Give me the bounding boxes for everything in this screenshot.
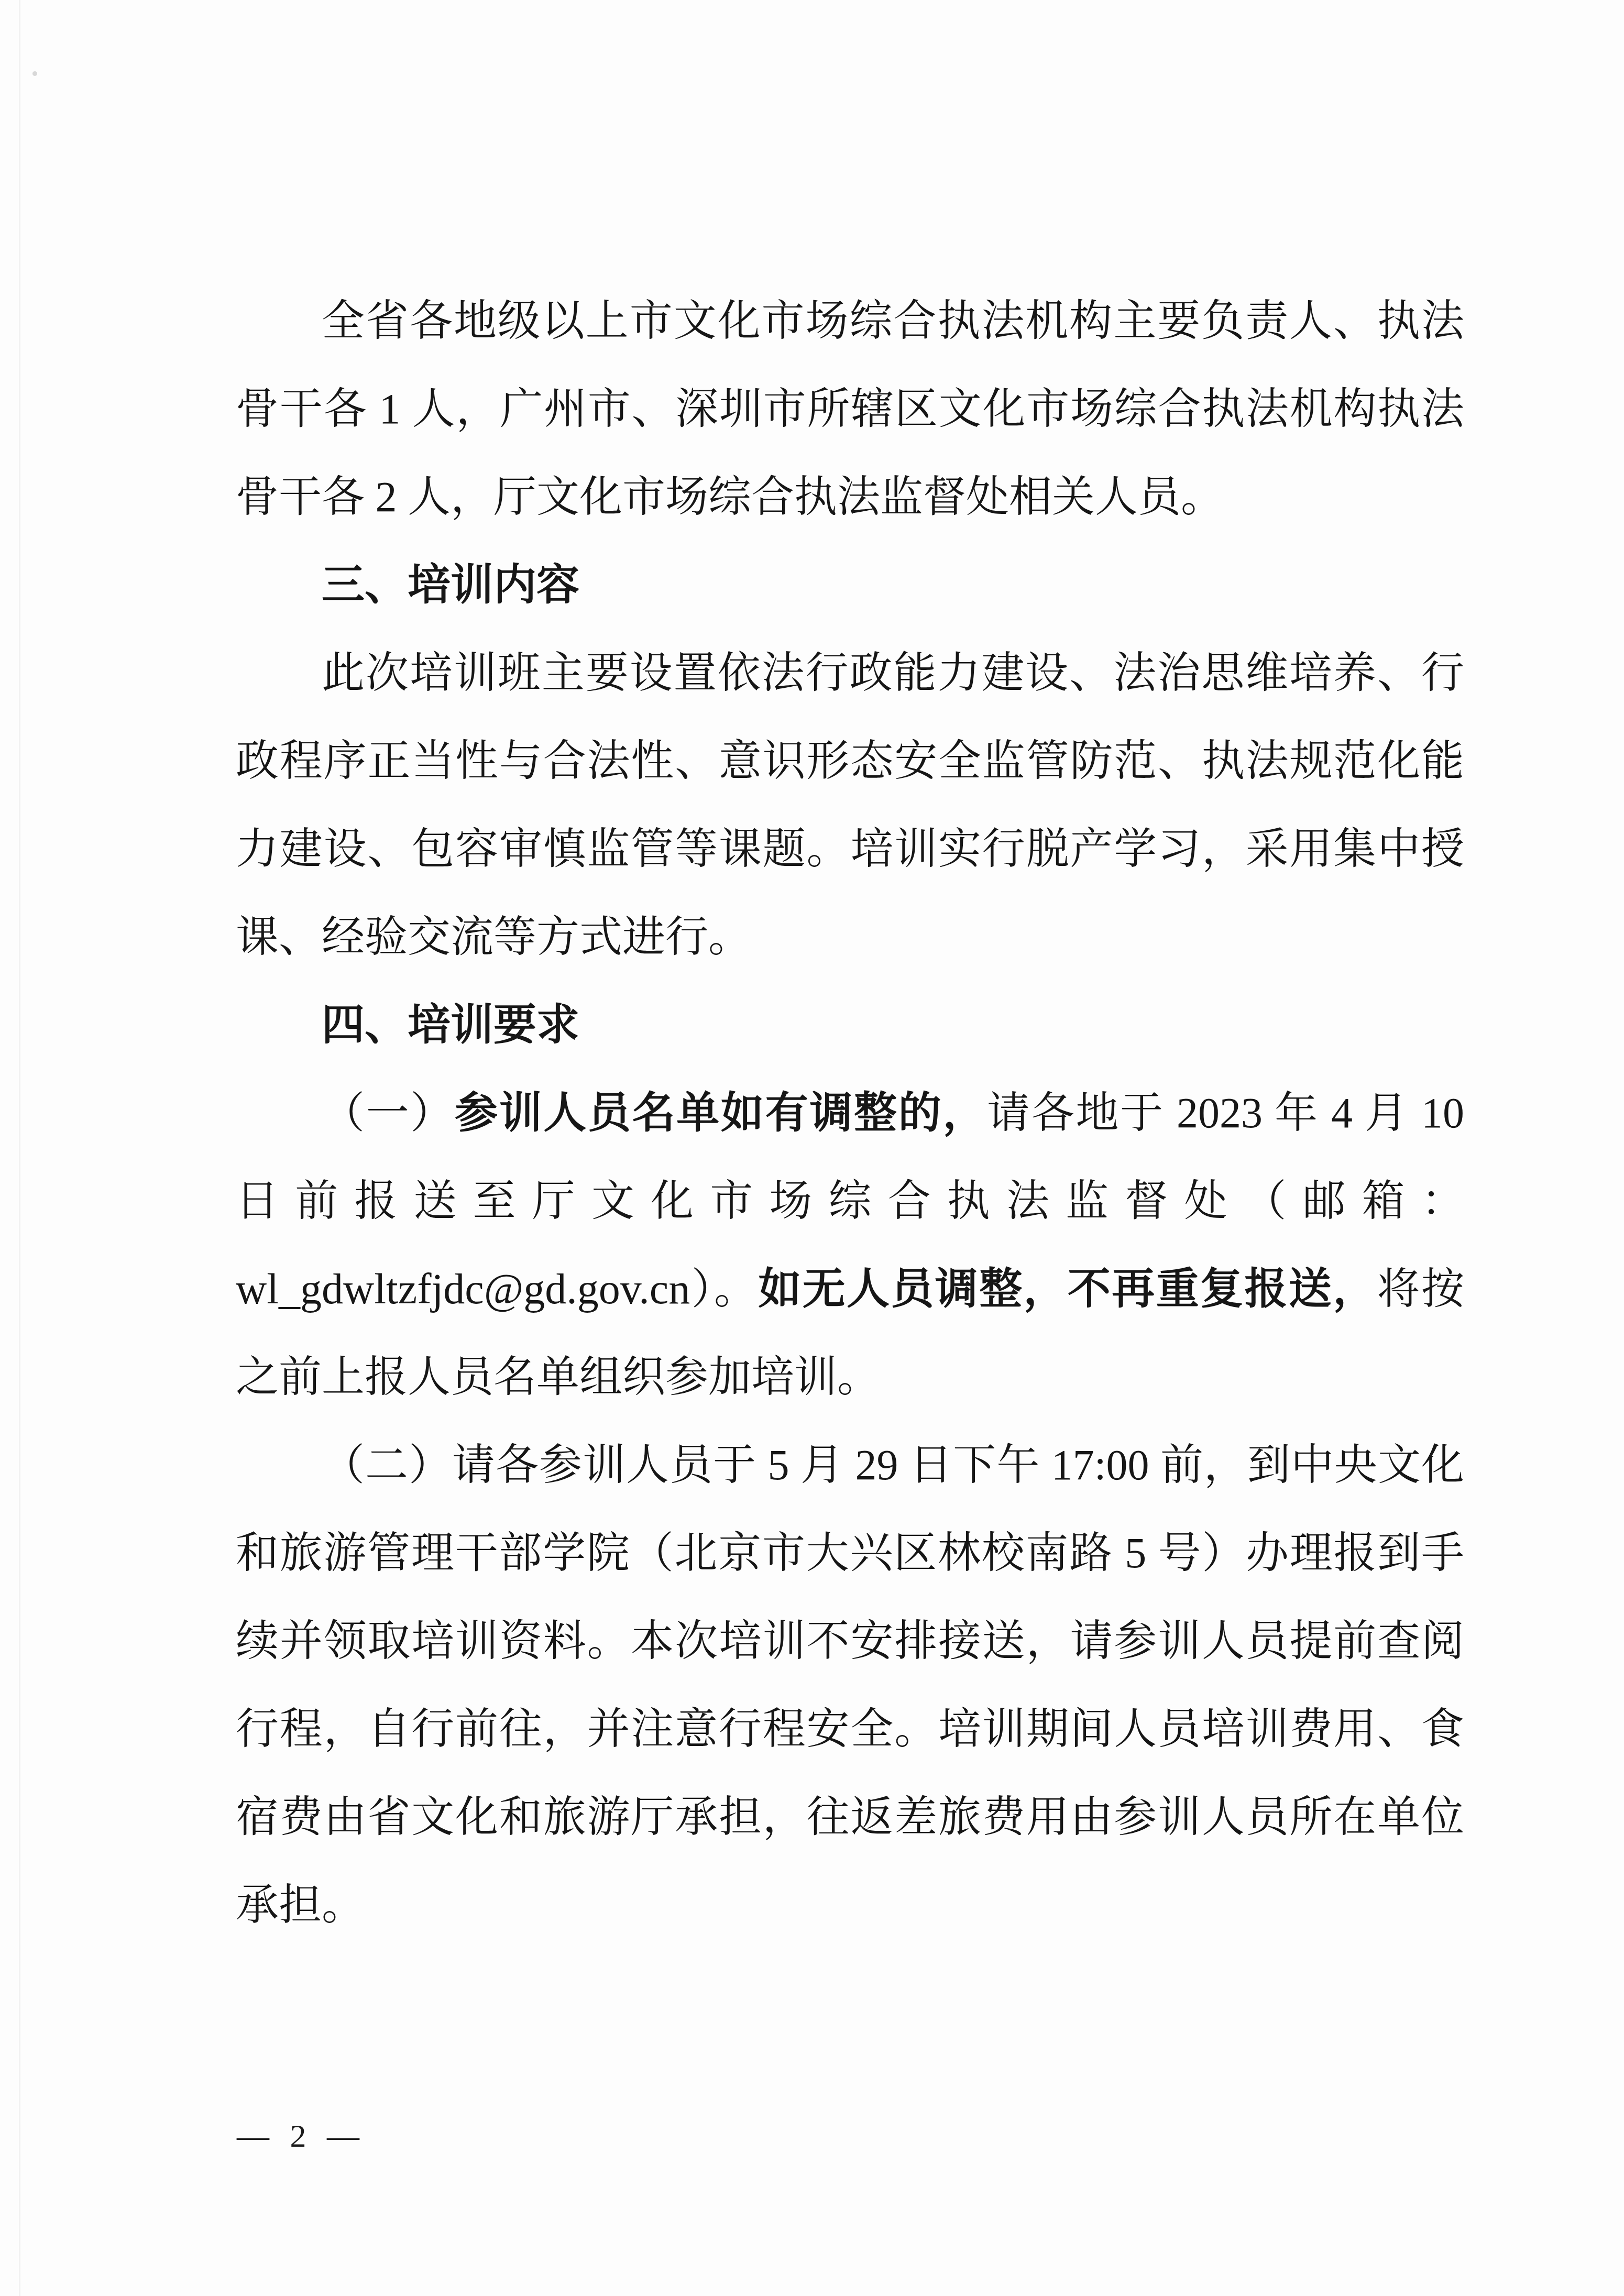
scan-speck [32,71,37,76]
body-paragraph: （二）请各参训人员于 5 月 29 日下午 17:00 前，到中央文化和旅游管理… [236,1421,1464,1949]
text-run: ）。 [690,1265,758,1313]
text-run: wl_gdwltzfjdc@gd.gov.cn [236,1265,690,1313]
text-run: 参训人员名单如有调整的， [455,1089,987,1137]
section-heading: 三、培训内容 [236,541,1464,629]
body-paragraph: 此次培训班主要设置依法行政能力建设、法治思维培养、行政程序正当性与合法性、意识形… [236,629,1464,981]
text-run: 此次培训班主要设置依法行政能力建设、法治思维培养、行政程序正当性与合法性、意识形… [236,649,1464,961]
text-run: 三、培训内容 [322,561,579,609]
text-run: 如无人员调整，不再重复报送， [758,1265,1377,1313]
document-body: 全省各地级以上市文化市场综合执法机构主要负责人、执法骨干各 1 人，广州市、深圳… [236,277,1464,1949]
scan-edge-artifact [19,0,20,2296]
section-heading: 四、培训要求 [236,981,1464,1069]
document-page: 全省各地级以上市文化市场综合执法机构主要负责人、执法骨干各 1 人，广州市、深圳… [0,0,1624,2296]
text-run: 四、培训要求 [322,1001,579,1049]
body-paragraph: （一）参训人员名单如有调整的，请各地于 2023 年 4 月 10 日前报送至厅… [236,1069,1464,1421]
body-paragraph: 全省各地级以上市文化市场综合执法机构主要负责人、执法骨干各 1 人，广州市、深圳… [236,277,1464,541]
text-run: （一） [322,1089,455,1137]
text-run: （二）请各参训人员于 5 月 29 日下午 17:00 前，到中央文化和旅游管理… [236,1441,1464,1929]
text-run: 全省各地级以上市文化市场综合执法机构主要负责人、执法骨干各 1 人，广州市、深圳… [236,297,1464,521]
page-number: — 2 — [237,2115,366,2157]
